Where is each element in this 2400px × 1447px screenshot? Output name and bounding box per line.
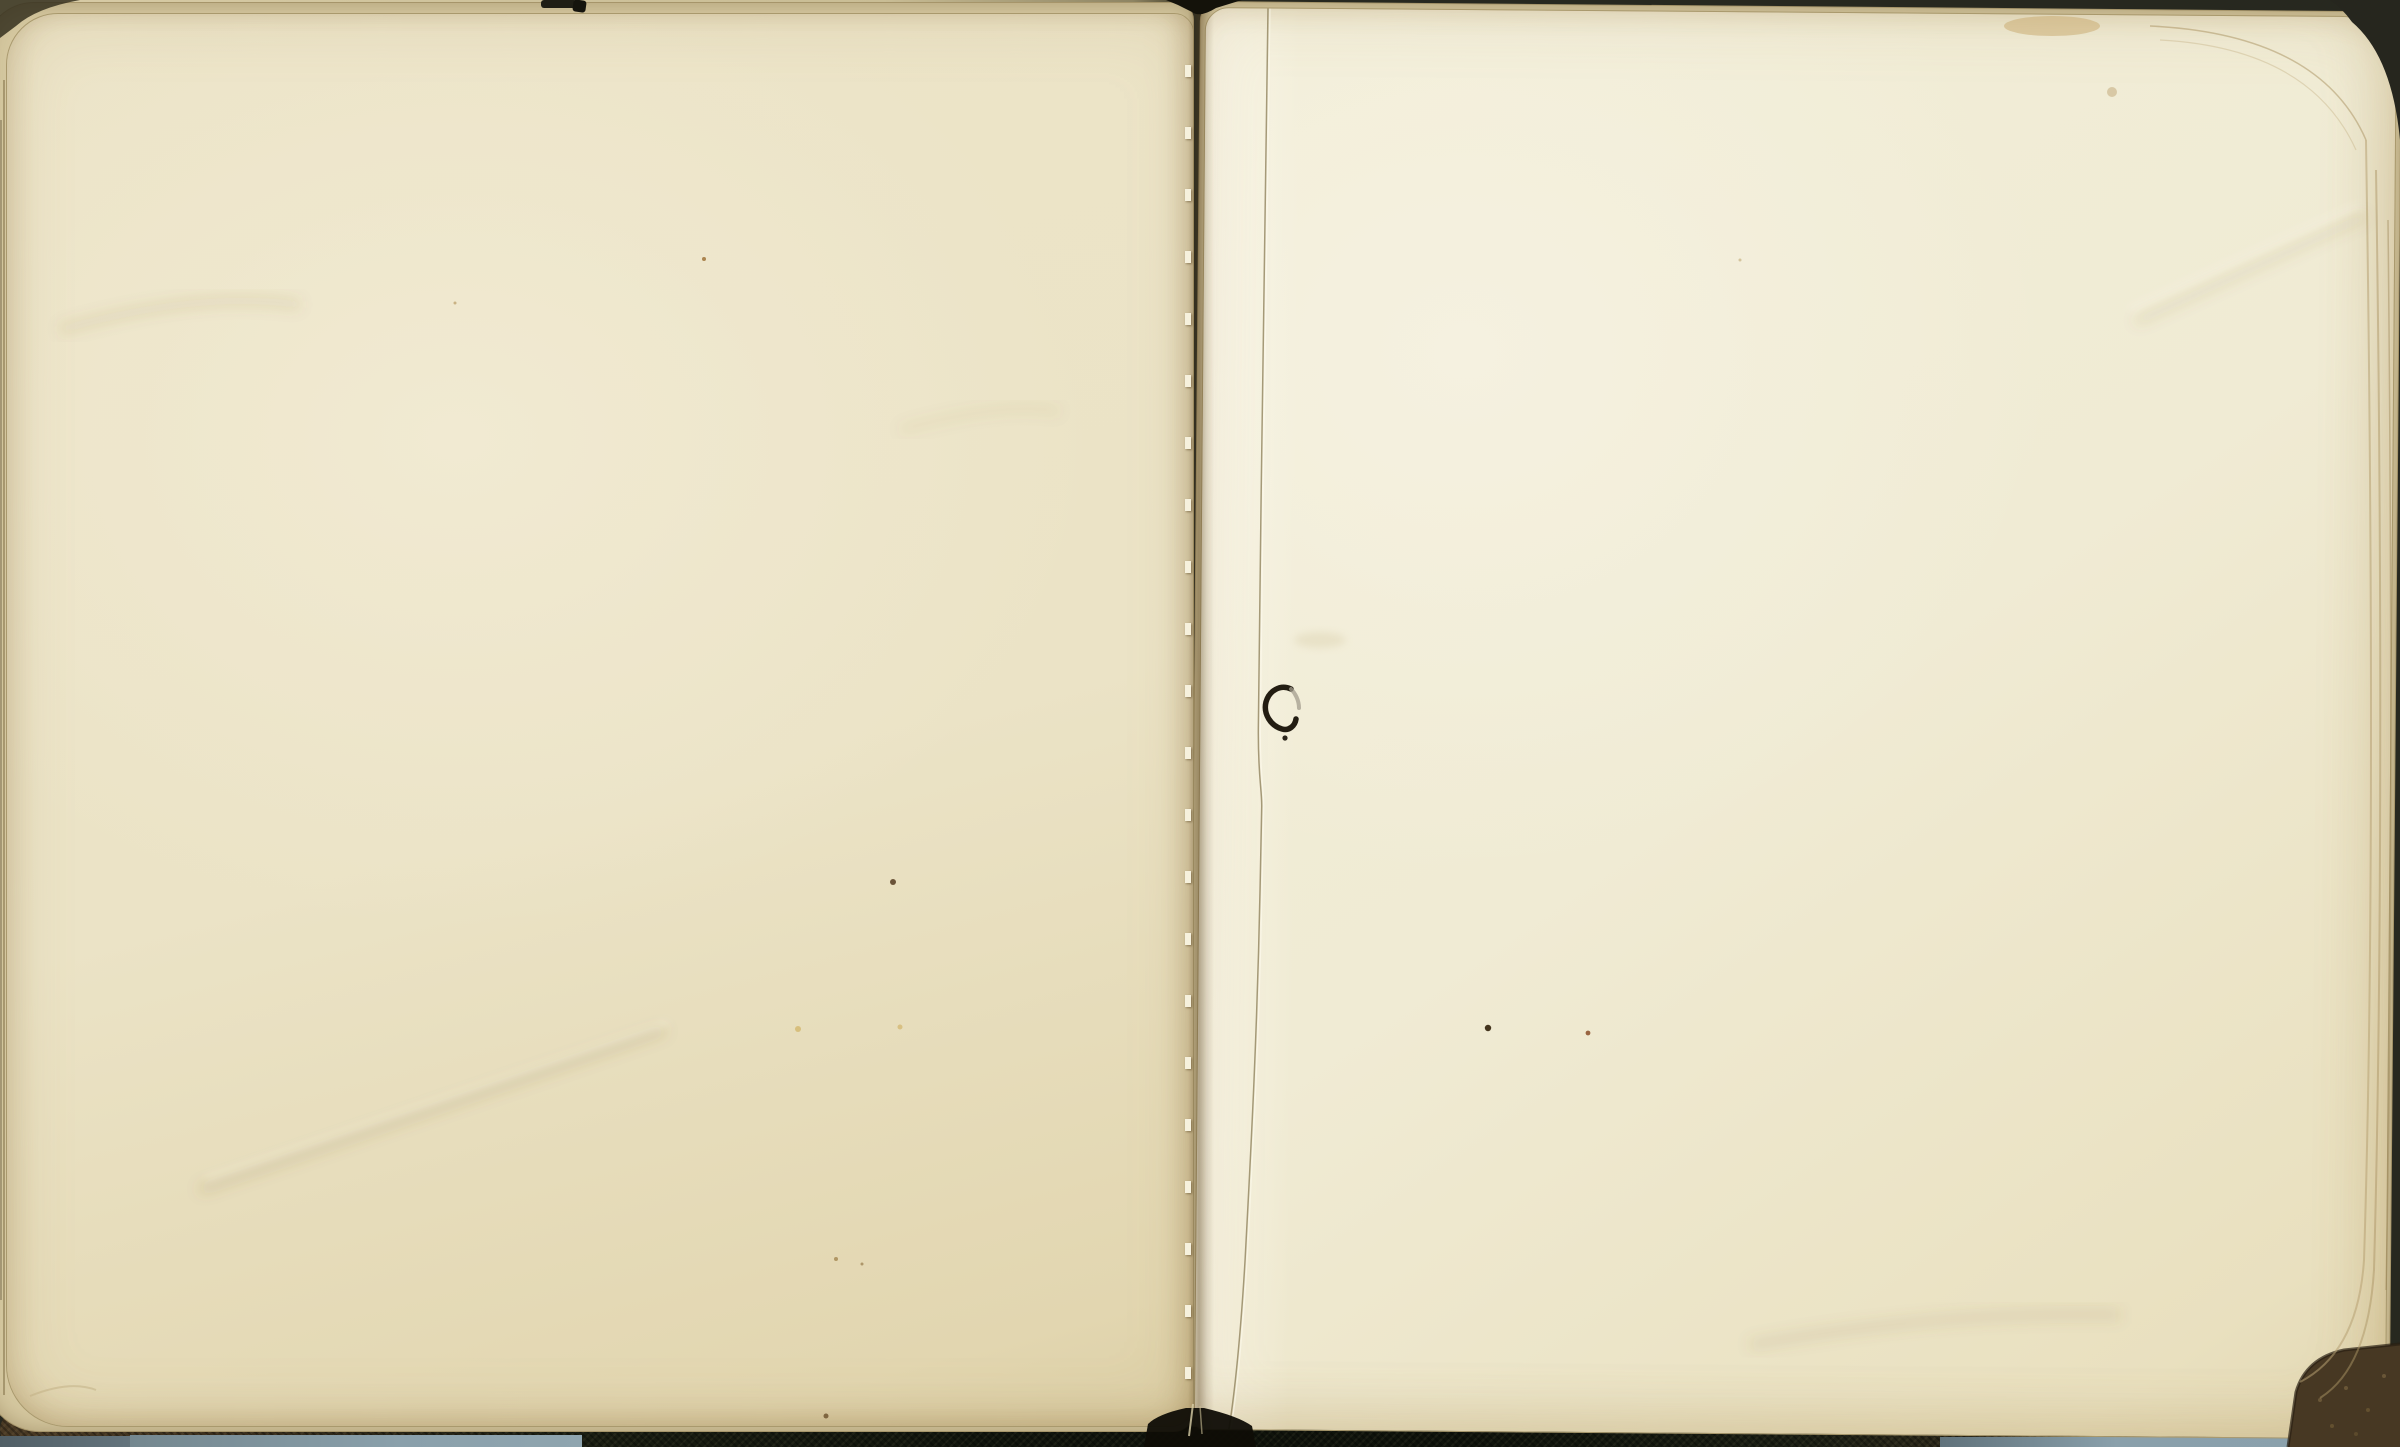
- table-surface: [0, 1436, 132, 1447]
- left-page: [6, 13, 1194, 1427]
- table-surface: [130, 1435, 582, 1447]
- binding-stitches: [1185, 40, 1191, 1400]
- page-crease-line: [1195, 8, 2396, 1438]
- gutter-shadow: [1188, 10, 1214, 1430]
- photo-open-notebook: C: [0, 0, 2400, 1447]
- table-surface: [1940, 1437, 2332, 1447]
- right-page: [1194, 7, 2397, 1439]
